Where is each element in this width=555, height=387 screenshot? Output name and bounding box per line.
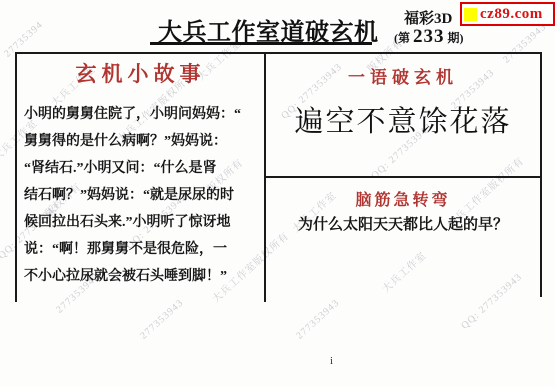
riddle-phrase: 遍空不意馀花落 xyxy=(266,99,540,140)
teaser-panel-title: 脑筋急转弯 xyxy=(266,187,540,210)
lottery-type-label: 福彩3D xyxy=(404,7,452,28)
site-badge[interactable]: cz89.com xyxy=(460,2,555,26)
story-panel-title: 玄机小故事 xyxy=(17,58,264,88)
issue-suffix: 期) xyxy=(445,31,464,45)
issue-label: (第 233 期) xyxy=(394,26,464,48)
riddle-panel-title: 一语破玄机 xyxy=(266,63,540,88)
site-link[interactable]: cz89.com xyxy=(480,7,543,22)
issue-number: 233 xyxy=(413,26,445,47)
story-body-text: 小明的舅舅住院了，小明问妈妈：“ 舅舅得的是什么病啊？”妈妈说： “肾结石.”小… xyxy=(24,101,258,290)
table-border-top xyxy=(15,52,542,54)
issue-prefix: (第 xyxy=(394,31,413,45)
teaser-question: 为什么太阳天天都比人起的早？ xyxy=(266,213,540,234)
watermark-text: 大兵工作室 xyxy=(378,247,429,295)
watermark-text: 277353943 xyxy=(294,297,341,341)
table-border-left xyxy=(15,52,17,302)
title-underline xyxy=(150,42,372,45)
page: 27735394大兵工作室QQ: 277353943大兵工作室版权所有27735… xyxy=(0,0,555,387)
table-divider-horizontal xyxy=(264,176,542,178)
watermark-text: 277353943 xyxy=(138,297,185,341)
footer-mark: i xyxy=(330,355,333,367)
table-border-right xyxy=(540,52,542,297)
watermark-text: QQ: 277353943 xyxy=(459,271,524,331)
badge-square-icon xyxy=(464,8,477,21)
